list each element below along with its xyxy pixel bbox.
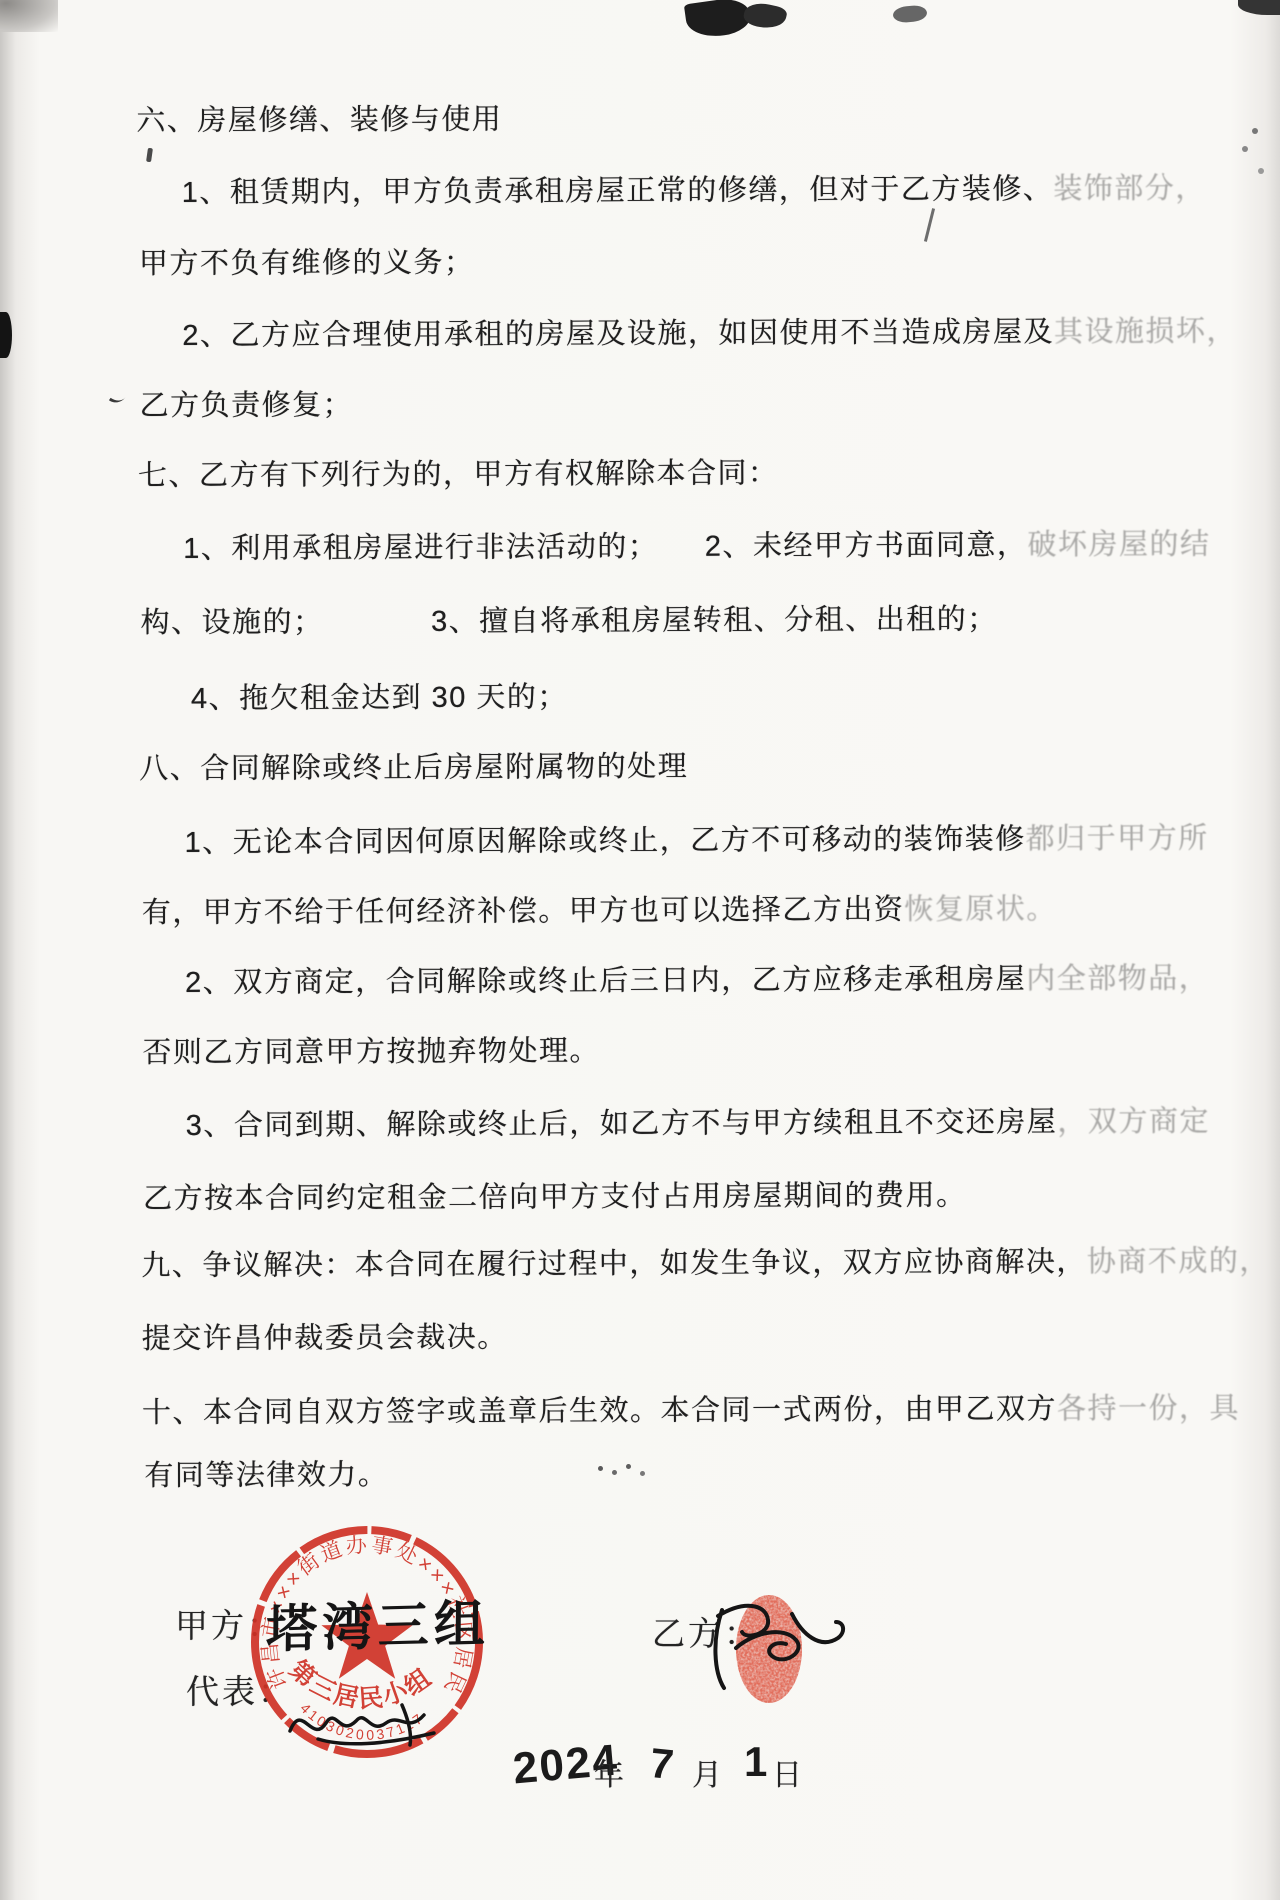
heading-10b: 有同等法律效力。	[144, 1456, 388, 1495]
date-month-label: 月	[692, 1750, 722, 1794]
heading-9b: 提交许昌仲裁委员会裁决。	[142, 1319, 508, 1359]
clause-8-2a: 2、双方商定，合同解除或终止后三日内，乙方应移走承租房屋内全部物品，	[185, 960, 1209, 1002]
date-year-label: 年	[594, 1750, 624, 1794]
clause-6-1b: 甲方不负有维修的义务；	[139, 244, 475, 283]
clause-8-1a: 1、无论本合同因何原因解除或终止，乙方不可移动的装饰装修都归于甲方所	[184, 820, 1208, 862]
date-day-label: 日	[772, 1750, 802, 1794]
clause-8-1b: 有，甲方不给于任何经济补偿。甲方也可以选择乙方出资恢复原状。	[142, 890, 1057, 932]
seal-overlay-handwriting: 塔湾三组	[266, 1582, 491, 1662]
heading-10a: 十、本合同自双方签字或盖章后生效。本合同一式两份，由甲乙双方各持一份，具	[142, 1389, 1240, 1432]
clause-6-2a: 2、乙方应合理使用承租的房屋及设施，如因使用不当造成房屋及其设施损坏，	[182, 312, 1237, 355]
clause-8-3a: 3、合同到期、解除或终止后，如乙方不与甲方续租且不交还房屋，双方商定	[186, 1103, 1210, 1145]
clause-7-2b-3: 构、设施的； 3、擅自将承租房屋转租、分租、出租的；	[140, 600, 997, 642]
clause-8-2b: 否则乙方同意甲方按抛弃物处理。	[142, 1032, 600, 1072]
heading-6: 六、房屋修缮、装修与使用	[136, 101, 502, 141]
heading-7: 七、乙方有下列行为的，甲方有权解除本合同：	[138, 454, 779, 495]
heading-9a: 九、争议解决：本合同在履行过程中，如发生争议，双方应协商解决，协商不成的，	[141, 1242, 1270, 1285]
clause-8-3b: 乙方按本合同约定租金二倍向甲方支付占用房屋期间的费用。	[143, 1177, 967, 1219]
clause-7-4: 4、拖欠租金达到 30 天的；	[191, 678, 568, 718]
date-month: 7	[648, 1739, 676, 1789]
party-a-representative-signature	[282, 1693, 452, 1751]
scanned-contract-page: 六、房屋修缮、装修与使用1、租赁期内，甲方负责承租房屋正常的修缮，但对于乙方装修…	[0, 0, 1280, 1900]
clause-6-2b: 乙方负责修复；	[140, 386, 354, 425]
clause-7-1-2a: 1、利用承租房屋进行非法活动的； 2、未经甲方书面同意，破坏房屋的结	[183, 526, 1210, 568]
heading-8: 八、合同解除或终止后房屋附属物的处理	[139, 748, 688, 788]
party-b-signature	[700, 1596, 860, 1696]
date-day: 1	[744, 1738, 767, 1786]
clause-6-1a: 1、租赁期内，甲方负责承租房屋正常的修缮，但对于乙方装修、装饰部分，	[182, 170, 1206, 212]
